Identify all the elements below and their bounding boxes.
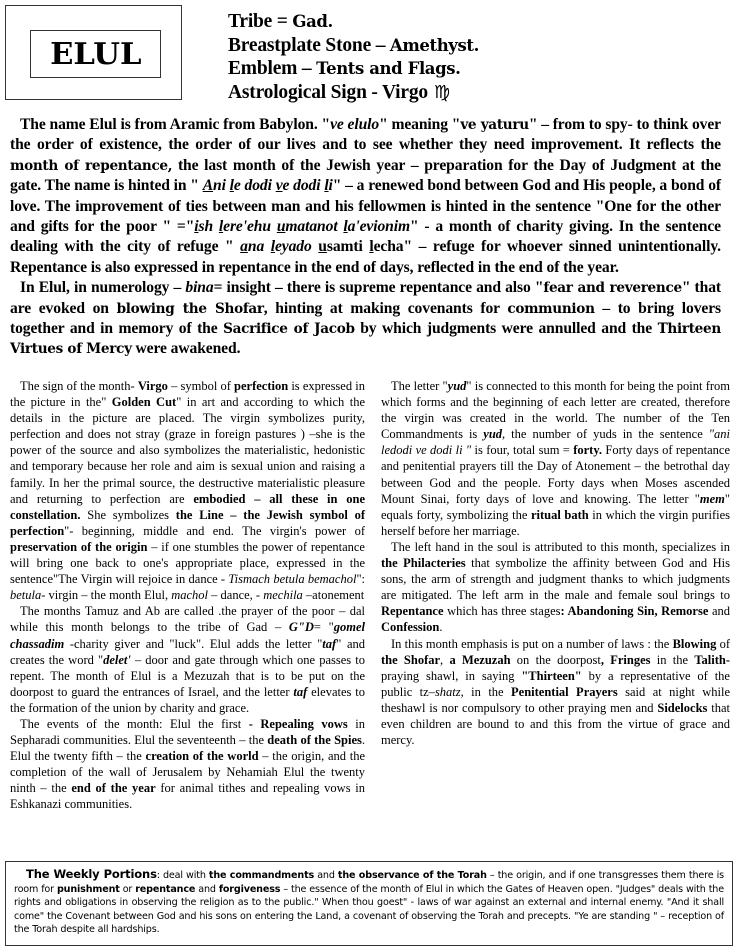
right-column-text: The letter "yud" is connected to this mo…: [381, 378, 730, 748]
text-segment: and: [708, 604, 730, 618]
text-segment: ":: [356, 572, 365, 586]
text-segment: " meaning ": [379, 116, 460, 133]
virgo-zodiac-icon: ♍: [434, 82, 450, 103]
text-segment: death of the Spies: [267, 733, 362, 747]
text-segment: e dodi: [283, 177, 325, 194]
text-segment: - virgin – the month Elul,: [41, 588, 171, 602]
text-segment: forty.: [573, 443, 602, 457]
fact-emblem: Emblem – Tents and Flags.: [228, 57, 479, 81]
weekly-portions-box: The Weekly Portions: deal with the comma…: [5, 861, 733, 946]
fact-value: Gad.: [292, 12, 332, 31]
text-segment: taf: [322, 637, 336, 651]
text-segment: bina: [185, 279, 213, 296]
text-segment: the observance of the Torah: [338, 870, 487, 881]
intro-text: The name Elul is from Aramic from Babylo…: [10, 115, 721, 360]
text-segment: - Repealing vows: [249, 717, 348, 731]
text-segment: repentance: [135, 884, 195, 895]
text-segment: –atonement: [303, 588, 364, 602]
text-segment: betula: [10, 588, 41, 602]
month-title-frame: ELUL: [5, 5, 182, 100]
text-segment: delet': [103, 653, 131, 667]
text-segment: samti: [327, 238, 369, 255]
text-segment: G"D: [289, 620, 314, 634]
fact-label: Emblem –: [228, 58, 316, 79]
text-segment: "- beginning, middle and end. The virgin…: [64, 524, 365, 538]
text-segment: preservation of the origin: [10, 540, 147, 554]
fact-value: Tents and Flags.: [316, 59, 460, 78]
text-segment: yud: [448, 379, 467, 393]
text-segment: Sidelocks: [657, 701, 707, 715]
text-segment: ni: [213, 177, 230, 194]
text-segment: perfection: [234, 379, 288, 393]
text-segment: Sacrifice of Jacob: [223, 321, 355, 337]
paragraph: The Weekly Portions: deal with the comma…: [14, 868, 724, 937]
text-segment: on the doorpost: [511, 653, 601, 667]
text-segment: Talith-: [694, 653, 730, 667]
text-segment: The sign of the month-: [20, 379, 138, 393]
text-segment: = insight – there is supreme repentance …: [214, 279, 544, 296]
month-title-box: ELUL: [30, 30, 161, 78]
paragraph: The sign of the month- Virgo – symbol of…: [10, 378, 365, 603]
text-segment: which has three stages: [444, 604, 561, 618]
fact-label: Breastplate Stone –: [228, 35, 390, 56]
text-segment: Golden Cut: [106, 395, 176, 409]
text-segment: mem: [700, 492, 725, 506]
text-segment: – symbol of: [168, 379, 234, 393]
text-segment: a'evionim: [348, 218, 410, 235]
text-segment: creation of the world: [146, 749, 259, 763]
text-segment: taf: [293, 685, 307, 699]
text-segment: forgiveness: [219, 884, 281, 895]
text-segment: "Thirteen": [521, 669, 581, 683]
text-segment: praying shawl, in saying: [381, 669, 521, 683]
text-segment: v: [276, 177, 283, 194]
text-segment: punishment: [57, 884, 120, 895]
text-segment: of: [716, 637, 730, 651]
text-segment: In this month emphasis is put on a numbe…: [391, 637, 673, 651]
text-segment: , the number of yuds in the sentence: [502, 427, 709, 441]
fact-tribe: Tribe = Gad.: [228, 10, 479, 34]
text-segment: , in the: [461, 685, 511, 699]
text-segment: The events of the month: Elul the first: [20, 717, 249, 731]
paragraph: The events of the month: Elul the first …: [10, 716, 365, 813]
text-segment: a: [240, 238, 248, 255]
fact-label: Astrological Sign -: [228, 82, 382, 103]
text-segment: A: [203, 177, 213, 194]
fact-breastplate-stone: Breastplate Stone – Amethyst.: [228, 34, 479, 58]
text-segment: yud: [483, 427, 502, 441]
text-segment: = ": [314, 620, 334, 634]
text-segment: end of the year: [71, 781, 155, 795]
text-segment: machol: [171, 588, 208, 602]
text-segment: na: [248, 238, 271, 255]
month-facts: Tribe = Gad. Breastplate Stone – Amethys…: [228, 10, 479, 104]
text-segment: and: [195, 884, 219, 895]
paragraph: The months Tamuz and Ab are called .the …: [10, 603, 365, 716]
text-segment: matanot: [285, 218, 343, 235]
text-segment: communion: [507, 301, 594, 317]
text-segment: Virgo: [138, 379, 168, 393]
left-column-text: The sign of the month- Virgo – symbol of…: [10, 378, 365, 813]
paragraph: The letter "yud" is connected to this mo…: [381, 378, 730, 539]
text-segment: eyado: [275, 238, 312, 255]
text-segment: The name Elul is from Aramic from Babylo…: [20, 116, 330, 133]
text-segment: sh: [199, 218, 219, 235]
text-segment: : deal with: [157, 870, 209, 881]
paragraph: In Elul, in numerology – bina= insight –…: [10, 278, 721, 360]
text-segment: The left hand in the soul is attributed …: [391, 540, 730, 554]
text-segment: .: [439, 620, 442, 634]
text-segment: ere'ehu: [223, 218, 277, 235]
text-segment: She symbolizes: [80, 508, 175, 522]
text-segment: mechila: [263, 588, 303, 602]
fact-value: Virgo: [382, 82, 428, 103]
text-segment: In Elul, in numerology –: [20, 279, 185, 296]
fact-value: Amethyst.: [390, 36, 479, 55]
fact-astrological-sign: Astrological Sign - Virgo♍: [228, 81, 479, 105]
text-segment: were awakened.: [132, 340, 241, 357]
text-segment: blowing the Shofar: [117, 301, 264, 317]
text-segment: Blowing: [673, 637, 717, 651]
text-segment: ve yaturu: [460, 117, 529, 133]
paragraph: The name Elul is from Aramic from Babylo…: [10, 115, 721, 278]
text-segment: fear and reverence: [543, 280, 681, 296]
month-title: ELUL: [50, 37, 141, 72]
text-segment: : Abandoning Sin, Remorse: [561, 604, 709, 618]
text-segment: shatz: [435, 685, 461, 699]
text-segment: the Shofar: [381, 653, 440, 667]
text-segment: Tismach betula bemachol: [228, 572, 356, 586]
text-segment: u: [318, 238, 327, 255]
text-segment: Penitential Prayers: [511, 685, 618, 699]
paragraph: The left hand in the soul is attributed …: [381, 539, 730, 636]
text-segment: month of repentance,: [10, 158, 172, 174]
text-segment: and: [314, 870, 338, 881]
text-segment: , Fringes: [601, 653, 651, 667]
text-segment: a Mezuzah: [449, 653, 510, 667]
text-segment: e dodi: [234, 177, 276, 194]
text-segment: ritual bath: [531, 508, 589, 522]
text-segment: ve elulo: [330, 116, 379, 133]
text-segment: the Philacteries: [381, 556, 466, 570]
text-segment: the commandments: [209, 870, 314, 881]
text-segment: The Weekly Portions: [26, 867, 157, 881]
fact-label: Tribe =: [228, 11, 292, 32]
text-segment: by which judgments were annulled and the: [355, 320, 658, 337]
text-segment: – dance, -: [208, 588, 263, 602]
text-segment: is four, total sum =: [471, 443, 573, 457]
text-segment: The letter ": [391, 379, 448, 393]
text-segment: or: [120, 884, 135, 895]
text-segment: Repentance: [381, 604, 444, 618]
text-segment: -charity giver and "luck". Elul adds the…: [64, 637, 322, 651]
text-segment: " in art and according to which the deta…: [10, 395, 365, 506]
text-segment: in the: [651, 653, 695, 667]
text-segment: , hinting at making covenants for: [264, 300, 508, 317]
paragraph: In this month emphasis is put on a numbe…: [381, 636, 730, 749]
text-segment: Confession: [381, 620, 439, 634]
